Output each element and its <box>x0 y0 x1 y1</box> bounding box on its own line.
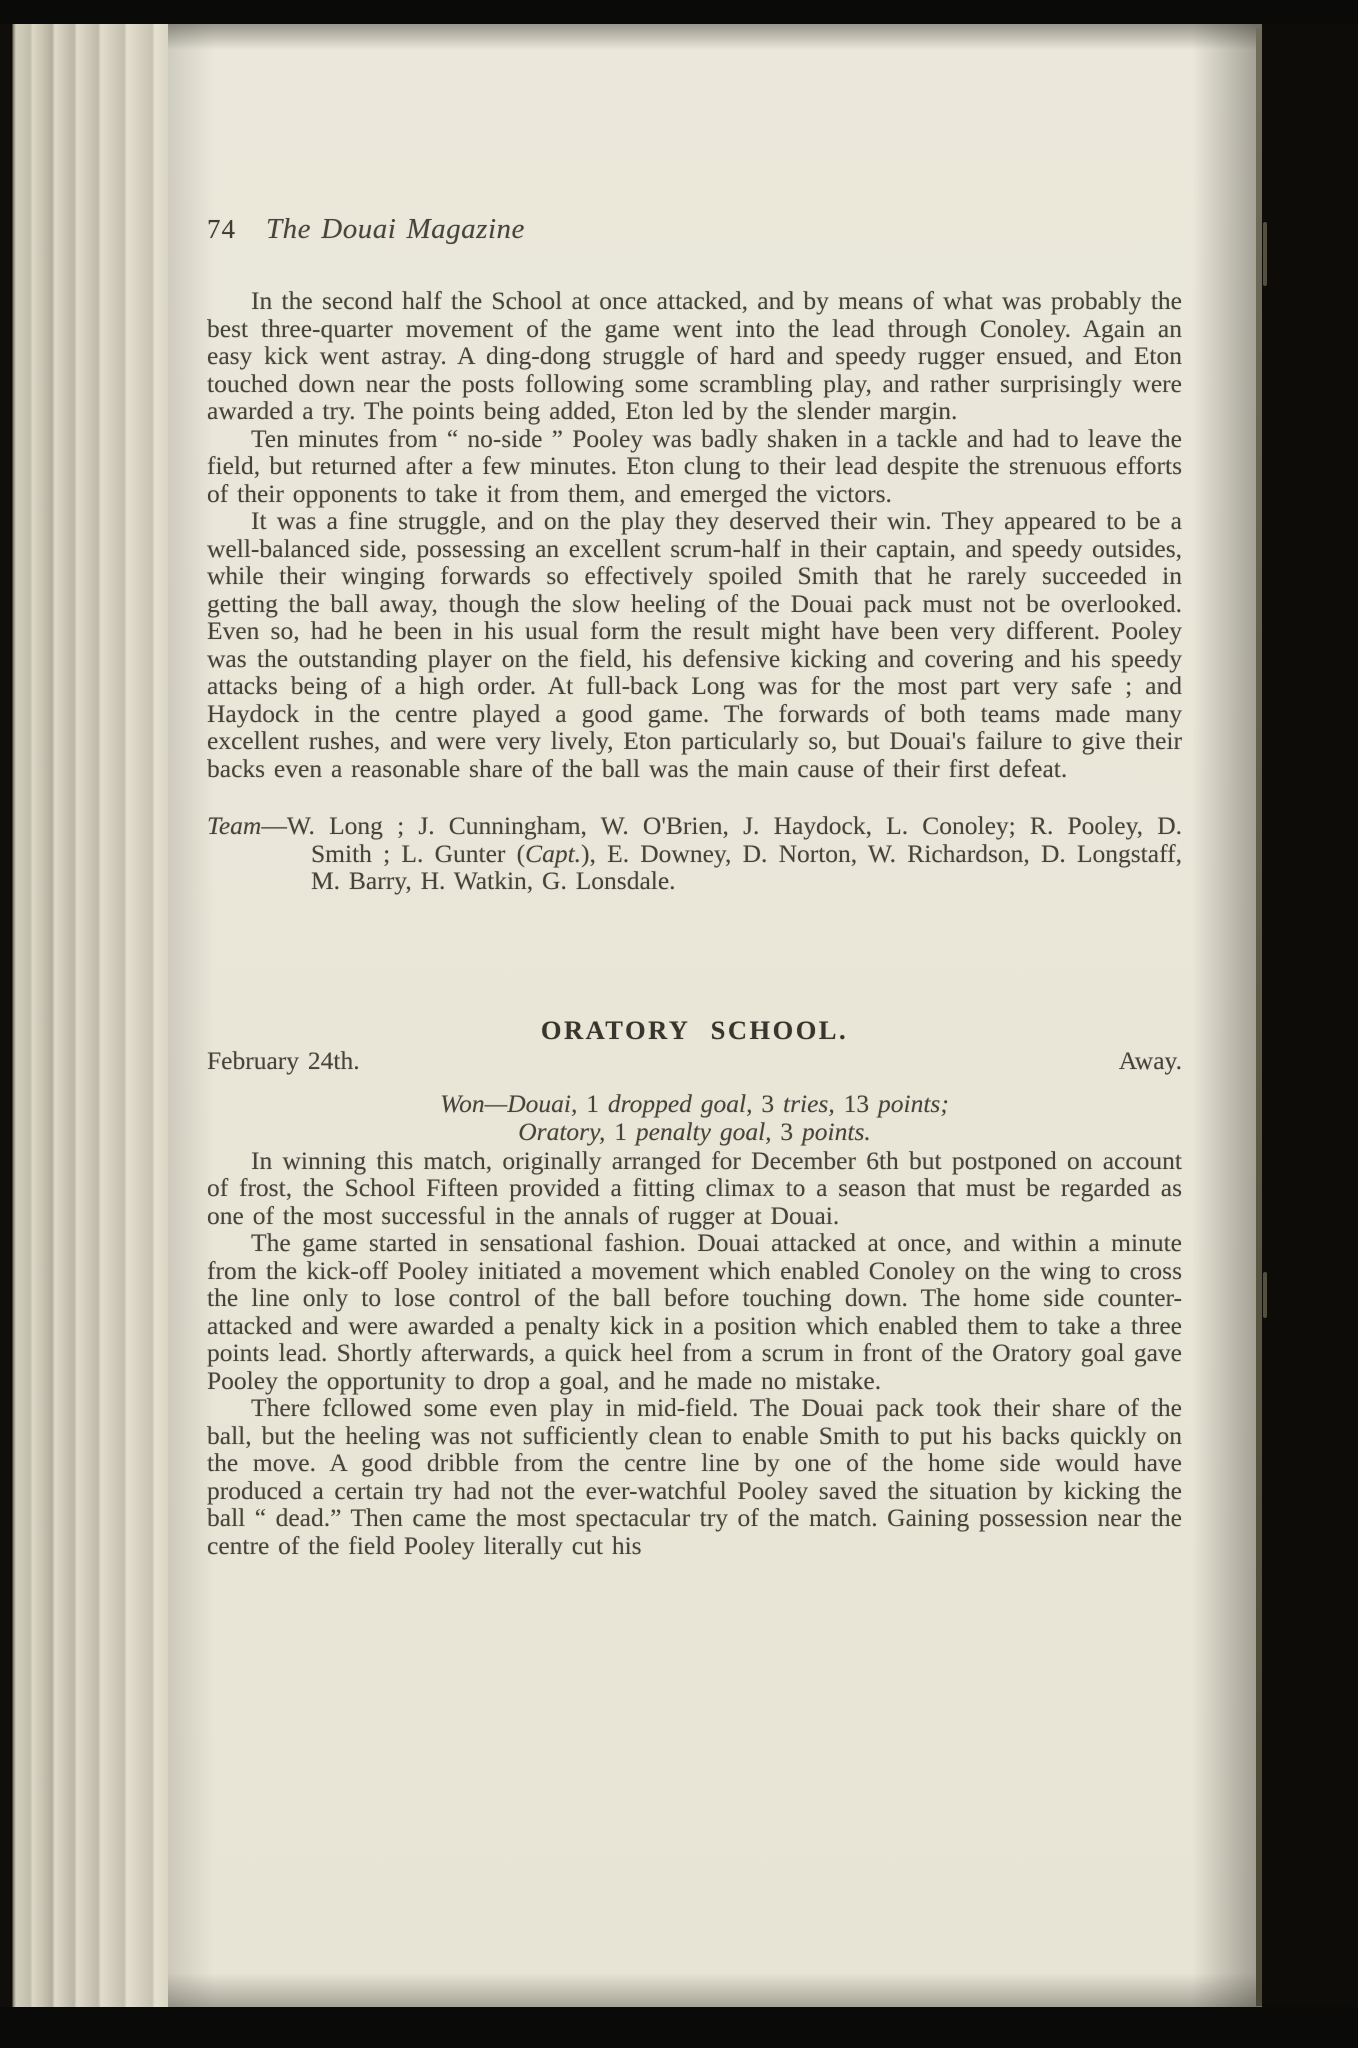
scanned-book-photo: 74The Douai Magazine In the second half … <box>0 0 1358 2048</box>
result-num: 3 <box>772 1117 803 1146</box>
book-background-top <box>0 0 1358 24</box>
oratory-paragraph-2: The game started in sensational fashion.… <box>207 1229 1182 1394</box>
running-header: 74The Douai Magazine <box>207 212 1182 247</box>
oratory-paragraph-1: In winning this match, originally arrang… <box>207 1147 1182 1230</box>
result-term: points. <box>802 1117 871 1146</box>
match-heading: ORATORY SCHOOL. <box>207 1017 1182 1045</box>
captain-abbrev: Capt. <box>525 839 581 868</box>
result-team-label: Oratory, <box>518 1117 605 1146</box>
oratory-paragraph-3: There fcllowed some even play in mid-fie… <box>207 1394 1182 1559</box>
page-edge-highlight <box>1263 1272 1267 1318</box>
text-column: 74The Douai Magazine In the second half … <box>207 24 1182 1559</box>
book-background-bottom <box>0 2007 1358 2048</box>
match-venue: Away. <box>1119 1047 1182 1075</box>
page-number: 74 <box>207 214 236 244</box>
result-num: 1 <box>605 1117 636 1146</box>
result-line-douai: Won—Douai, 1 dropped goal, 3 tries, 13 p… <box>207 1090 1182 1119</box>
match-meta-row: February 24th. Away. <box>207 1047 1182 1075</box>
book-background-right <box>1262 0 1358 2048</box>
result-won-label: Won—Douai, <box>440 1089 577 1118</box>
eton-paragraph-3: It was a fine struggle, and on the play … <box>207 507 1182 782</box>
result-num: 3 <box>753 1089 784 1118</box>
team-label: Team <box>207 811 261 840</box>
page-edge-highlight <box>1263 222 1267 286</box>
result-num: 1 <box>577 1089 608 1118</box>
eton-paragraph-1: In the second half the School at once at… <box>207 287 1182 425</box>
result-term: tries, <box>783 1089 835 1118</box>
match-result: Won—Douai, 1 dropped goal, 3 tries, 13 p… <box>207 1090 1182 1147</box>
eton-paragraph-2: Ten minutes from “ no-side ” Pooley was … <box>207 425 1182 508</box>
result-num: 13 <box>835 1089 878 1118</box>
result-term: points; <box>878 1089 949 1118</box>
team-list: Team—W. Long ; J. Cunningham, W. O'Brien… <box>207 812 1182 895</box>
result-line-oratory: Oratory, 1 penalty goal, 3 points. <box>207 1118 1182 1147</box>
magazine-title: The Douai Magazine <box>266 213 525 245</box>
match-date: February 24th. <box>207 1047 360 1075</box>
result-term: penalty goal, <box>636 1117 772 1146</box>
result-term: dropped goal, <box>608 1089 753 1118</box>
